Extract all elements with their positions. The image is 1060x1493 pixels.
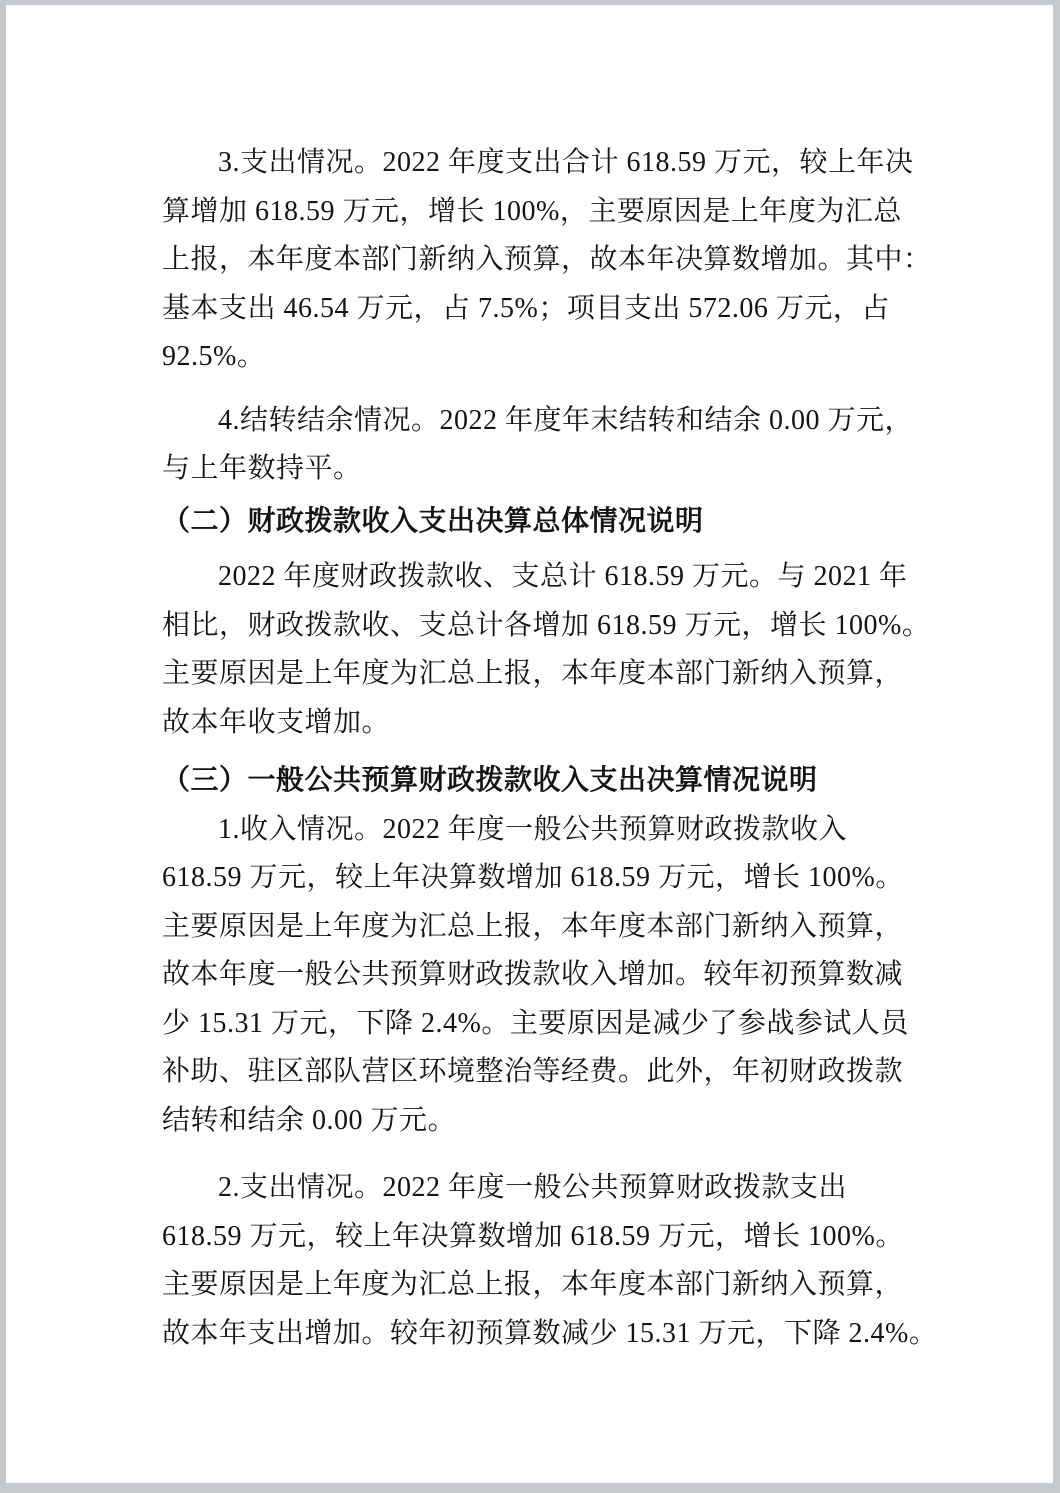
- text-line: （三）一般公共预算财政拨款收入支出决算情况说明: [162, 757, 906, 806]
- page-background: { "page": { "background_color": "#c5c9ce…: [0, 0, 1060, 1493]
- text-line: 2.支出情况。2022 年度一般公共预算财政拨款支出: [162, 1164, 906, 1213]
- section-heading: （三）一般公共预算财政拨款收入支出决算情况说明: [162, 757, 906, 806]
- text-line: 补助、驻区部队营区环境整治等经费。此外，年初财政拨款: [162, 1048, 906, 1097]
- section-heading: （二）财政拨款收入支出决算总体情况说明: [162, 498, 906, 547]
- text-line: 主要原因是上年度为汇总上报，本年度本部门新纳入预算，: [162, 903, 906, 952]
- paragraph: 2.支出情况。2022 年度一般公共预算财政拨款支出618.59 万元，较上年决…: [162, 1164, 906, 1358]
- text-line: 算增加 618.59 万元，增长 100%，主要原因是上年度为汇总: [162, 188, 906, 237]
- text-line: 与上年数持平。: [162, 445, 906, 494]
- text-line: 相比，财政拨款收、支总计各增加 618.59 万元，增长 100%。: [162, 602, 906, 651]
- text-line: 上报，本年度本部门新纳入预算，故本年决算数增加。其中：: [162, 236, 906, 285]
- text-line: 618.59 万元，较上年决算数增加 618.59 万元，增长 100%。: [162, 854, 906, 903]
- paragraph: 1.收入情况。2022 年度一般公共预算财政拨款收入618.59 万元，较上年决…: [162, 806, 906, 1146]
- text-line: 92.5%。: [162, 333, 906, 382]
- document-page: 3.支出情况。2022 年度支出合计 618.59 万元，较上年决算增加 618…: [6, 5, 1053, 1483]
- text-line: 2022 年度财政拨款收、支总计 618.59 万元。与 2021 年: [162, 553, 906, 602]
- text-line: 结转和结余 0.00 万元。: [162, 1097, 906, 1146]
- text-line: 故本年支出增加。较年初预算数减少 15.31 万元，下降 2.4%。: [162, 1310, 906, 1359]
- text-line: 1.收入情况。2022 年度一般公共预算财政拨款收入: [162, 806, 906, 855]
- document-content: 3.支出情况。2022 年度支出合计 618.59 万元，较上年决算增加 618…: [162, 139, 906, 1358]
- text-line: 故本年度一般公共预算财政拨款收入增加。较年初预算数减: [162, 951, 906, 1000]
- paragraph: 4.结转结余情况。2022 年度年末结转和结余 0.00 万元，与上年数持平。: [162, 397, 906, 494]
- text-line: 618.59 万元，较上年决算数增加 618.59 万元，增长 100%。: [162, 1213, 906, 1262]
- paragraph: 2022 年度财政拨款收、支总计 618.59 万元。与 2021 年相比，财政…: [162, 553, 906, 747]
- text-line: 主要原因是上年度为汇总上报，本年度本部门新纳入预算，: [162, 650, 906, 699]
- text-line: 4.结转结余情况。2022 年度年末结转和结余 0.00 万元，: [162, 397, 906, 446]
- text-line: 基本支出 46.54 万元，占 7.5%；项目支出 572.06 万元，占: [162, 285, 906, 334]
- text-line: 主要原因是上年度为汇总上报，本年度本部门新纳入预算，: [162, 1261, 906, 1310]
- paragraph: 3.支出情况。2022 年度支出合计 618.59 万元，较上年决算增加 618…: [162, 139, 906, 382]
- text-line: 故本年收支增加。: [162, 699, 906, 748]
- text-line: （二）财政拨款收入支出决算总体情况说明: [162, 498, 906, 547]
- text-line: 少 15.31 万元，下降 2.4%。主要原因是减少了参战参试人员: [162, 1000, 906, 1049]
- text-line: 3.支出情况。2022 年度支出合计 618.59 万元，较上年决: [162, 139, 906, 188]
